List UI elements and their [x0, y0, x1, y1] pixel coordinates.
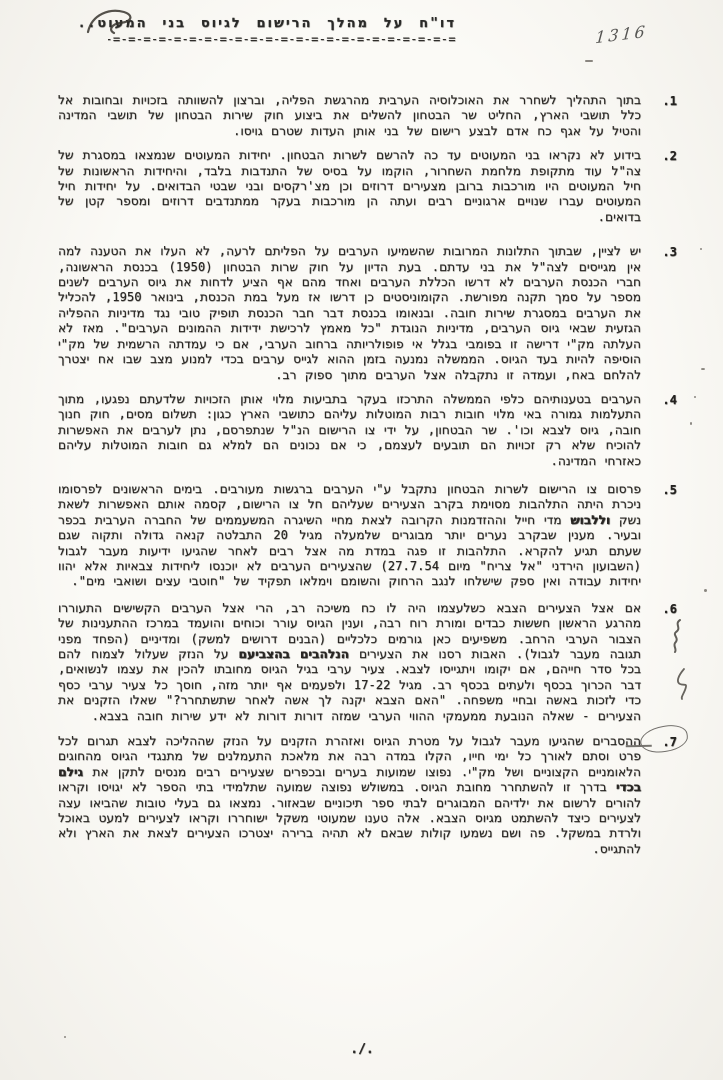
document-body: 1.בתוך התהליך לשחרר את האוכלוסיה הערבית …	[0, 93, 723, 857]
paragraph: 3.יש לציין, שבתוך התלונות המרובות שהשמיע…	[58, 244, 677, 383]
scan-speck	[700, 248, 702, 250]
paragraph-number: 2.	[651, 148, 677, 163]
handwritten-margin-mark-icon	[666, 616, 690, 654]
handwritten-number: 1316	[577, 22, 648, 50]
scan-speck	[690, 422, 692, 425]
paragraph-text: אם אצל הצעירים הצבא כשלעצמו היה לו כח מש…	[58, 601, 641, 724]
title-block: דו"ח על מהלך הרישום לגיוס בני המעוט.. =-…	[108, 16, 456, 44]
paragraph-number: 5.	[651, 482, 677, 497]
document-header: דו"ח על מהלך הרישום לגיוס בני המעוט.. =-…	[0, 0, 723, 92]
document-page: דו"ח על מהלך הרישום לגיוס בני המעוט.. =-…	[0, 0, 723, 1080]
scan-speck	[585, 60, 593, 62]
scan-speck	[694, 396, 696, 398]
paragraph: 1.בתוך התהליך לשחרר את האוכלוסיה הערבית …	[58, 93, 677, 139]
paragraph: 4.הערבים בטענותיהם כלפי הממשלה התרכזו בע…	[58, 392, 677, 469]
handwritten-margin-mark-icon	[672, 666, 692, 700]
paragraph: 6.אם אצל הצעירים הצבא כשלעצמו היה לו כח …	[58, 601, 677, 724]
scan-speck	[704, 589, 707, 592]
paragraph-number: 6.	[651, 601, 677, 616]
paragraph-text: יש לציין, שבתוך התלונות המרובות שהשמיעו …	[58, 244, 641, 383]
paragraph: 2.בידוע לא נקראו בני המעוטים עד כה להרשם…	[58, 148, 677, 225]
paragraph-text: הערבים בטענותיהם כלפי הממשלה התרכזו בעקר…	[58, 392, 641, 469]
paragraph-text: בידוע לא נקראו בני המעוטים עד כה להרשם ל…	[58, 148, 641, 225]
paragraph-number: 3.	[651, 244, 677, 259]
paragraph: 7.ההסברים שהגיעו מעבר לגבול על מטרת הגיו…	[58, 734, 677, 857]
end-mark: ./.	[338, 1042, 386, 1057]
scan-speck	[64, 1036, 66, 1038]
document-title: דו"ח על מהלך הרישום לגיוס בני המעוט..	[108, 16, 456, 31]
handwritten-scribble-icon	[84, 6, 136, 40]
paragraph-text: בתוך התהליך לשחרר את האוכלוסיה הערבית מה…	[58, 93, 641, 139]
scan-speck	[701, 368, 705, 370]
paragraph: 5.פרסום צו הרישום לשרות הבטחון נתקבל ע"י…	[58, 482, 677, 590]
paragraph-number: 1.	[651, 93, 677, 108]
paragraph-text: פרסום צו הרישום לשרות הבטחון נתקבל ע"י ה…	[58, 482, 641, 590]
title-underline: =-=-=-=-=-=-=-=-=-=-=-=-=-=-=-=-=-=-=-=-…	[108, 32, 456, 44]
paragraphs: 1.בתוך התהליך לשחרר את האוכלוסיה הערבית …	[58, 93, 677, 857]
paragraph-text: ההסברים שהגיעו מעבר לגבול על מטרת הגיוס …	[58, 734, 641, 857]
paragraph-number: 4.	[651, 392, 677, 407]
